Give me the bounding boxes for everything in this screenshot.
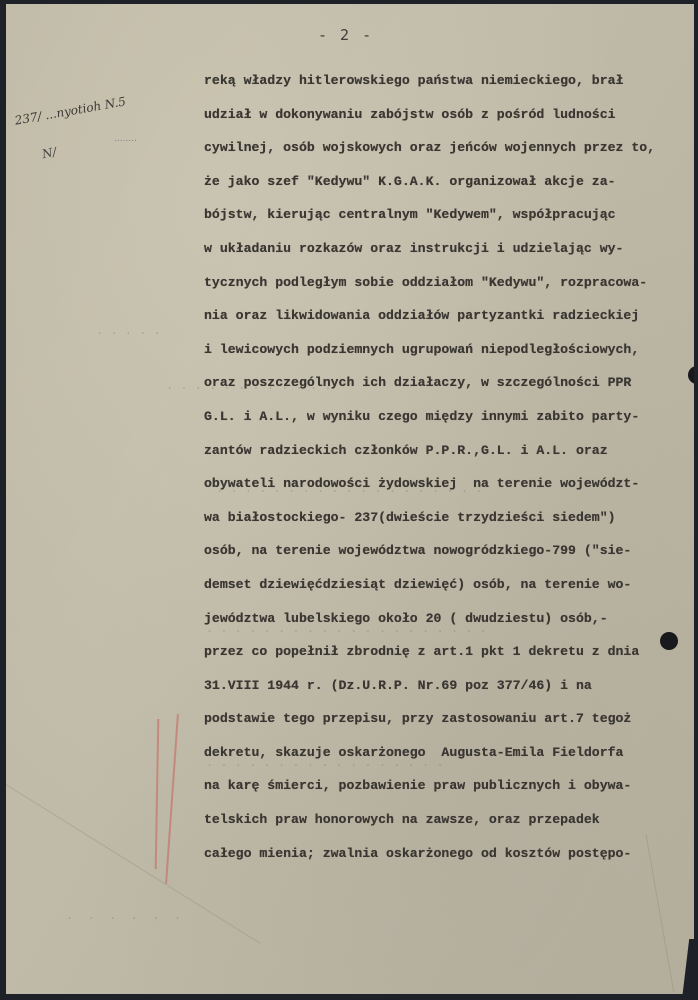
text-line: całego mienia; zwalnia oskarżonego od ko… — [204, 837, 694, 871]
bleed-through-text: . . . . . . — [66, 909, 181, 923]
text-line: bójstw, kierując centralnym "Kedywem", w… — [204, 198, 694, 232]
text-line: podstawie tego przepisu, przy zastosowan… — [204, 702, 694, 736]
text-line: nia oraz likwidowania oddziałów partyzan… — [204, 299, 694, 333]
text-line: obywateli narodowości żydowskiej na tere… — [204, 467, 694, 501]
bleed-through-text: . . . . . — [96, 324, 161, 338]
text-line: zantów radzieckich członków P.P.R.,G.L. … — [204, 434, 694, 468]
text-line: reką władzy hitlerowskiego państwa niemi… — [204, 64, 694, 98]
red-pencil-mark — [155, 719, 160, 869]
text-line: jewództwa lubelskiego około 20 ( dwudzie… — [204, 602, 694, 636]
text-line: tycznych podległym sobie oddziałom "Kedy… — [204, 266, 694, 300]
text-line: w układaniu rozkazów oraz instrukcji i u… — [204, 232, 694, 266]
text-line: na karę śmierci, pozbawienie praw public… — [204, 769, 694, 803]
margin-handwriting: 237/ ...nyotioh N.5 — [14, 94, 127, 127]
text-line: cywilnej, osób wojskowych oraz jeńców wo… — [204, 131, 694, 165]
text-line: dekretu, skazuje oskarżonego Augusta-Emi… — [204, 736, 694, 770]
text-line: demset dziewięćdziesiąt dziewięć) osób, … — [204, 568, 694, 602]
text-line: 31.VIII 1944 r. (Dz.U.R.P. Nr.69 poz 377… — [204, 669, 694, 703]
page-number: - 2 - — [318, 26, 373, 44]
text-line: wa białostockiego- 237(dwieście trzydzie… — [204, 501, 694, 535]
typed-body-text: reką władzy hitlerowskiego państwa niemi… — [204, 64, 694, 870]
text-line: osób, na terenie województwa nowogródzki… — [204, 534, 694, 568]
text-line: G.L. i A.L., w wyniku czego między innym… — [204, 400, 694, 434]
torn-edge — [682, 939, 694, 994]
text-line: telskich praw honorowych na zawsze, oraz… — [204, 803, 694, 837]
violet-stamp-mark: ........ — [114, 134, 137, 144]
red-pencil-mark — [165, 714, 179, 884]
text-line: udział w dokonywaniu zabójstw osób z poś… — [204, 98, 694, 132]
text-line: oraz poszczególnych ich działaczy, w szc… — [204, 366, 694, 400]
text-line: że jako szef "Kedywu" K.G.A.K. organizow… — [204, 165, 694, 199]
text-line: i lewicowych podziemnych ugrupowań niepo… — [204, 333, 694, 367]
document-page: - 2 - . . . . . . . . . . . . . . . . . … — [6, 4, 694, 994]
text-line: przez co popełnił zbrodnię z art.1 pkt 1… — [204, 635, 694, 669]
margin-handwriting-2: N/ — [41, 145, 58, 162]
